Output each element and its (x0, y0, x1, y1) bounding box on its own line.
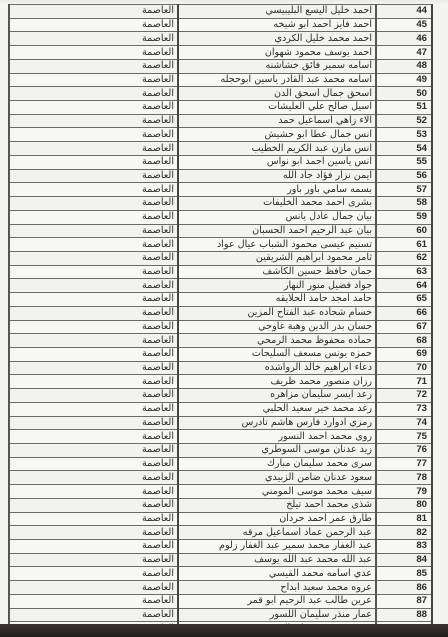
table-row: 58بشرى احمد محمد الخليفاتالعاصمة (9, 197, 432, 211)
row-number-cell: 70 (376, 361, 432, 375)
row-number-cell: 81 (376, 512, 432, 526)
row-number: 79 (380, 486, 428, 498)
person-name: عبد الرحمن عماد اسماعيل مرقه (178, 526, 376, 540)
table-row: 55انس ياسين احمد ابو نواسالعاصمة (9, 155, 432, 169)
region-cell: العاصمة (9, 402, 178, 416)
region-cell: العاصمة (9, 279, 178, 293)
table-row: 68حماده محفوظ محمد الرمحيالعاصمة (9, 334, 432, 348)
person-name: عروه محمد سعيد ابداح (178, 581, 376, 595)
person-name: زيد عدنان موسى السوطري (178, 444, 376, 458)
table-row: 49اسامه محمد عبد القادر ياسين ابوحجلهالع… (9, 73, 432, 87)
row-number-cell: 58 (376, 197, 432, 211)
row-number: 60 (380, 225, 428, 237)
row-number: 73 (380, 403, 428, 415)
row-number: 65 (380, 293, 428, 305)
region-cell: العاصمة (9, 197, 178, 211)
table-row: 73رغد محمد خير سعيد الحلبيالعاصمة (9, 402, 432, 416)
row-number-cell: 45 (376, 18, 432, 32)
person-name: بسمه سامي باور باور (178, 183, 376, 197)
region-cell: العاصمة (9, 101, 178, 115)
table-row: 48اسامه سمير فائق خشاشنهالعاصمة (9, 59, 432, 73)
row-number: 47 (380, 47, 428, 59)
region-cell: العاصمة (9, 581, 178, 595)
person-name: بيان عبد الرحيم احمد الحسبان (178, 224, 376, 238)
person-name: اسحق جمال اسحق الدن (178, 87, 376, 101)
table-row: 74رمزي ادوارد فارس هاشم تادرسالعاصمة (9, 416, 432, 430)
row-number-cell: 64 (376, 279, 432, 293)
region-cell: العاصمة (9, 334, 178, 348)
person-name: حامد امجد حامد الحلايقه (178, 293, 376, 307)
region-cell: العاصمة (9, 32, 178, 46)
region-cell: العاصمة (9, 306, 178, 320)
scanned-page: 44احمد خليل اليسع البليبيسيالعاصمة45احمد… (0, 0, 448, 624)
row-number: 45 (380, 19, 428, 31)
row-number: 77 (380, 458, 428, 470)
roster-table: 44احمد خليل اليسع البليبيسيالعاصمة45احمد… (8, 4, 433, 636)
row-number: 75 (380, 431, 428, 443)
region-cell: العاصمة (9, 361, 178, 375)
table-row: 70دعاء ابراهيم خالد الرواشدهالعاصمة (9, 361, 432, 375)
table-row: 86عروه محمد سعيد ابداحالعاصمة (9, 581, 432, 595)
row-number: 84 (380, 554, 428, 566)
row-number-cell: 67 (376, 320, 432, 334)
row-number: 66 (380, 307, 428, 319)
row-number: 61 (380, 239, 428, 251)
region-cell: العاصمة (9, 498, 178, 512)
region-cell: العاصمة (9, 73, 178, 87)
row-number: 48 (380, 60, 428, 72)
person-name: احمد فايز احمد ابو شيخه (178, 18, 376, 32)
row-number-cell: 75 (376, 430, 432, 444)
table-row: 65حامد امجد حامد الحلايقهالعاصمة (9, 293, 432, 307)
row-number: 70 (380, 362, 428, 374)
region-cell: العاصمة (9, 540, 178, 554)
row-number-cell: 73 (376, 402, 432, 416)
person-name: رزان منصور محمد ظريف (178, 375, 376, 389)
person-name: رمزي ادوارد فارس هاشم تادرس (178, 416, 376, 430)
row-number: 56 (380, 170, 428, 182)
person-name: ايمن نزار فؤاد جاد الله (178, 169, 376, 183)
table-row: 50اسحق جمال اسحق الدنالعاصمة (9, 87, 432, 101)
row-number-cell: 44 (376, 5, 432, 19)
row-number: 54 (380, 143, 428, 155)
row-number: 58 (380, 197, 428, 209)
region-cell: العاصمة (9, 347, 178, 361)
table-row: 76زيد عدنان موسى السوطريالعاصمة (9, 444, 432, 458)
region-cell: العاصمة (9, 471, 178, 485)
row-number: 64 (380, 280, 428, 292)
table-row: 87عرين طالب عبد الرحيم ابو قمرالعاصمة (9, 594, 432, 608)
region-cell: العاصمة (9, 128, 178, 142)
row-number-cell: 52 (376, 114, 432, 128)
region-cell: العاصمة (9, 155, 178, 169)
person-name: سرى محمد سليمان مبارك (178, 457, 376, 471)
table-row: 62ثامر محمود ابراهيم الشريقينالعاصمة (9, 251, 432, 265)
person-name: روى محمد احمد النسور (178, 430, 376, 444)
row-number-cell: 57 (376, 183, 432, 197)
region-cell: العاصمة (9, 59, 178, 73)
table-row: 69حمزه يونس مسعف السليحاتالعاصمة (9, 347, 432, 361)
person-name: انس ياسين احمد ابو نواس (178, 155, 376, 169)
region-cell: العاصمة (9, 265, 178, 279)
row-number-cell: 50 (376, 87, 432, 101)
region-cell: العاصمة (9, 142, 178, 156)
row-number-cell: 69 (376, 347, 432, 361)
table-row: 75روى محمد احمد النسورالعاصمة (9, 430, 432, 444)
row-number: 86 (380, 582, 428, 594)
row-number: 81 (380, 513, 428, 525)
person-name: احمد محمد خليل الكردي (178, 32, 376, 46)
row-number-cell: 86 (376, 581, 432, 595)
region-cell: العاصمة (9, 375, 178, 389)
region-cell: العاصمة (9, 430, 178, 444)
person-name: الاء زاهي اسماعيل حمد (178, 114, 376, 128)
row-number-cell: 49 (376, 73, 432, 87)
row-number: 49 (380, 74, 428, 86)
table-row: 81طارق عمر احمد حردانالعاصمة (9, 512, 432, 526)
row-number: 51 (380, 101, 428, 113)
row-number: 78 (380, 472, 428, 484)
row-number: 69 (380, 348, 428, 360)
region-cell: العاصمة (9, 293, 178, 307)
table-row: 82عبد الرحمن عماد اسماعيل مرقهالعاصمة (9, 526, 432, 540)
row-number-cell: 60 (376, 224, 432, 238)
table-row: 84عبد الله محمد عبد الله يوسفالعاصمة (9, 553, 432, 567)
row-number-cell: 83 (376, 540, 432, 554)
row-number: 85 (380, 568, 428, 580)
row-number: 57 (380, 184, 428, 196)
region-cell: العاصمة (9, 608, 178, 622)
person-name: حسام شحاده عبد الفتاح المزين (178, 306, 376, 320)
person-name: رعد ايسر سليمان مزاهره (178, 389, 376, 403)
row-number-cell: 46 (376, 32, 432, 46)
roster-table-body: 44احمد خليل اليسع البليبيسيالعاصمة45احمد… (9, 5, 432, 636)
person-name: بيان جمال عادل يانس (178, 210, 376, 224)
table-row: 53انس جمال عطا ابو حشيشالعاصمة (9, 128, 432, 142)
row-number-cell: 53 (376, 128, 432, 142)
table-row: 79سيف محمد موسى المومنيالعاصمة (9, 485, 432, 499)
scan-bottom-edge (0, 624, 448, 637)
table-row: 60بيان عبد الرحيم احمد الحسبانالعاصمة (9, 224, 432, 238)
person-name: اسامه محمد عبد القادر ياسين ابوحجله (178, 73, 376, 87)
region-cell: العاصمة (9, 87, 178, 101)
person-name: انس مازن عبد الكريم الخطيب (178, 142, 376, 156)
person-name: حمزه يونس مسعف السليحات (178, 347, 376, 361)
row-number-cell: 85 (376, 567, 432, 581)
row-number-cell: 82 (376, 526, 432, 540)
row-number-cell: 72 (376, 389, 432, 403)
table-row: 44احمد خليل اليسع البليبيسيالعاصمة (9, 5, 432, 19)
region-cell: العاصمة (9, 444, 178, 458)
table-row: 77سرى محمد سليمان مباركالعاصمة (9, 457, 432, 471)
row-number-cell: 55 (376, 155, 432, 169)
row-number-cell: 80 (376, 498, 432, 512)
region-cell: العاصمة (9, 210, 178, 224)
table-row: 78سعود عدنان ضامن الزبيديالعاصمة (9, 471, 432, 485)
region-cell: العاصمة (9, 553, 178, 567)
row-number-cell: 61 (376, 238, 432, 252)
table-row: 85عدي اسامه محمد القيسيالعاصمة (9, 567, 432, 581)
person-name: انس جمال عطا ابو حشيش (178, 128, 376, 142)
row-number: 83 (380, 540, 428, 552)
person-name: عبد الله محمد عبد الله يوسف (178, 553, 376, 567)
person-name: تسنيم عيسى محمود الشباب عيال عواد (178, 238, 376, 252)
row-number-cell: 51 (376, 101, 432, 115)
person-name: احمد يوسف محمود شهوان (178, 46, 376, 60)
region-cell: العاصمة (9, 169, 178, 183)
table-row: 59بيان جمال عادل يانسالعاصمة (9, 210, 432, 224)
table-row: 67حسان بدر الدين وهبة غاوجيالعاصمة (9, 320, 432, 334)
row-number: 55 (380, 156, 428, 168)
row-number-cell: 79 (376, 485, 432, 499)
row-number-cell: 63 (376, 265, 432, 279)
person-name: دعاء ابراهيم خالد الرواشده (178, 361, 376, 375)
row-number-cell: 66 (376, 306, 432, 320)
table-row: 71رزان منصور محمد ظريفالعاصمة (9, 375, 432, 389)
row-number-cell: 84 (376, 553, 432, 567)
row-number-cell: 88 (376, 608, 432, 622)
row-number: 76 (380, 444, 428, 456)
row-number-cell: 56 (376, 169, 432, 183)
table-row: 88عمار منذر سليمان اللسورالعاصمة (9, 608, 432, 622)
row-number-cell: 68 (376, 334, 432, 348)
row-number: 82 (380, 527, 428, 539)
table-row: 45احمد فايز احمد ابو شيخهالعاصمة (9, 18, 432, 32)
region-cell: العاصمة (9, 251, 178, 265)
row-number: 44 (380, 5, 428, 17)
person-name: جواد فضيل منور النهار (178, 279, 376, 293)
row-number: 72 (380, 389, 428, 401)
table-row: 52الاء زاهي اسماعيل حمدالعاصمة (9, 114, 432, 128)
person-name: سيف محمد موسى المومني (178, 485, 376, 499)
region-cell: العاصمة (9, 18, 178, 32)
region-cell: العاصمة (9, 46, 178, 60)
table-row: 61تسنيم عيسى محمود الشباب عيال عوادالعاص… (9, 238, 432, 252)
row-number: 68 (380, 335, 428, 347)
row-number: 71 (380, 376, 428, 388)
row-number-cell: 47 (376, 46, 432, 60)
table-row: 51اسيل صالح علي العليشاتالعاصمة (9, 101, 432, 115)
region-cell: العاصمة (9, 183, 178, 197)
region-cell: العاصمة (9, 526, 178, 540)
table-row: 72رعد ايسر سليمان مزاهرهالعاصمة (9, 389, 432, 403)
row-number: 59 (380, 211, 428, 223)
region-cell: العاصمة (9, 320, 178, 334)
row-number-cell: 74 (376, 416, 432, 430)
region-cell: العاصمة (9, 457, 178, 471)
row-number: 80 (380, 499, 428, 511)
table-row: 54انس مازن عبد الكريم الخطيبالعاصمة (9, 142, 432, 156)
table-row: 66حسام شحاده عبد الفتاح المزينالعاصمة (9, 306, 432, 320)
person-name: عبد الغفار محمد سمير عبد الغفار زلوم (178, 540, 376, 554)
person-name: اسيل صالح علي العليشات (178, 101, 376, 115)
region-cell: العاصمة (9, 416, 178, 430)
region-cell: العاصمة (9, 224, 178, 238)
row-number: 63 (380, 266, 428, 278)
table-row: 83عبد الغفار محمد سمير عبد الغفار زلومال… (9, 540, 432, 554)
region-cell: العاصمة (9, 389, 178, 403)
person-name: شذى محمد احمد تيلخ (178, 498, 376, 512)
row-number: 88 (380, 609, 428, 621)
table-row: 47احمد يوسف محمود شهوانالعاصمة (9, 46, 432, 60)
row-number-cell: 65 (376, 293, 432, 307)
person-name: طارق عمر احمد حردان (178, 512, 376, 526)
person-name: عدي اسامه محمد القيسي (178, 567, 376, 581)
region-cell: العاصمة (9, 512, 178, 526)
row-number-cell: 76 (376, 444, 432, 458)
row-number: 53 (380, 129, 428, 141)
region-cell: العاصمة (9, 5, 178, 19)
region-cell: العاصمة (9, 594, 178, 608)
person-name: ثامر محمود ابراهيم الشريقين (178, 251, 376, 265)
row-number-cell: 54 (376, 142, 432, 156)
person-name: احمد خليل اليسع البليبيسي (178, 5, 376, 19)
person-name: حسان بدر الدين وهبة غاوجي (178, 320, 376, 334)
row-number-cell: 59 (376, 210, 432, 224)
row-number-cell: 77 (376, 457, 432, 471)
person-name: جمان حافظ حسين الكاشف (178, 265, 376, 279)
person-name: رغد محمد خير سعيد الحلبي (178, 402, 376, 416)
region-cell: العاصمة (9, 567, 178, 581)
table-row: 63جمان حافظ حسين الكاشفالعاصمة (9, 265, 432, 279)
row-number-cell: 62 (376, 251, 432, 265)
region-cell: العاصمة (9, 114, 178, 128)
person-name: بشرى احمد محمد الخليفات (178, 197, 376, 211)
row-number: 52 (380, 115, 428, 127)
table-row: 80شذى محمد احمد تيلخالعاصمة (9, 498, 432, 512)
row-number-cell: 48 (376, 59, 432, 73)
person-name: عرين طالب عبد الرحيم ابو قمر (178, 594, 376, 608)
person-name: سعود عدنان ضامن الزبيدي (178, 471, 376, 485)
table-row: 57بسمه سامي باور باورالعاصمة (9, 183, 432, 197)
row-number-cell: 87 (376, 594, 432, 608)
region-cell: العاصمة (9, 238, 178, 252)
table-row: 64جواد فضيل منور النهارالعاصمة (9, 279, 432, 293)
row-number: 50 (380, 88, 428, 100)
row-number: 74 (380, 417, 428, 429)
person-name: عمار منذر سليمان اللسور (178, 608, 376, 622)
person-name: اسامه سمير فائق خشاشنه (178, 59, 376, 73)
person-name: حماده محفوظ محمد الرمحي (178, 334, 376, 348)
row-number: 87 (380, 595, 428, 607)
table-row: 46احمد محمد خليل الكرديالعاصمة (9, 32, 432, 46)
row-number: 67 (380, 321, 428, 333)
table-row: 56ايمن نزار فؤاد جاد اللهالعاصمة (9, 169, 432, 183)
row-number: 46 (380, 33, 428, 45)
row-number-cell: 71 (376, 375, 432, 389)
row-number: 62 (380, 252, 428, 264)
row-number-cell: 78 (376, 471, 432, 485)
region-cell: العاصمة (9, 485, 178, 499)
